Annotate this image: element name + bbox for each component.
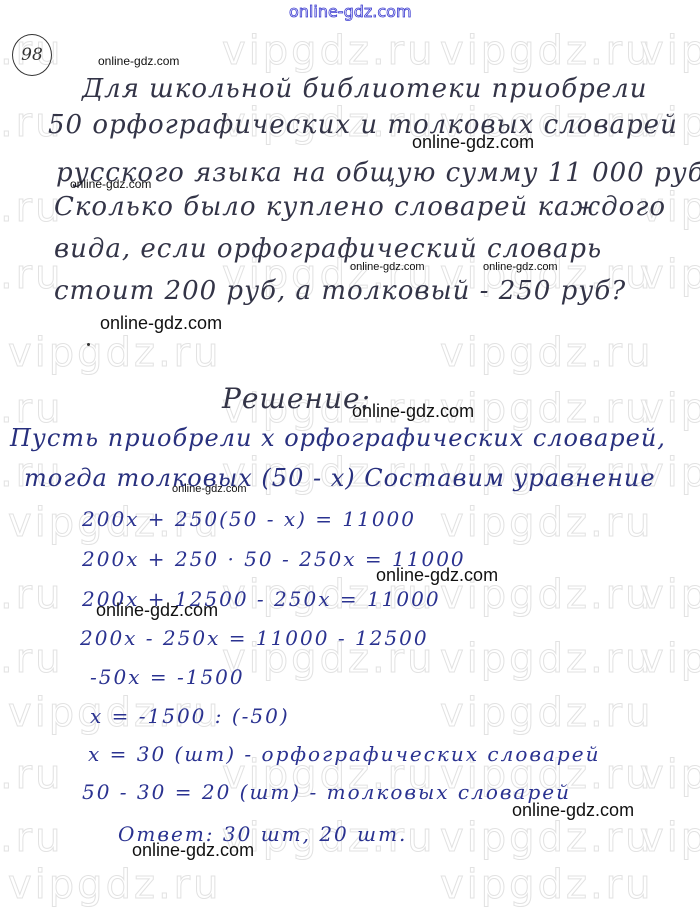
problem-line: Сколько было куплено словарей каждого: [54, 192, 666, 222]
vip-watermark: vipgdz.ru: [640, 572, 700, 618]
vip-watermark: vipgdz.ru: [0, 636, 63, 682]
vip-watermark: vipgdz.ru: [0, 752, 63, 798]
equation-step: x = -1500 : (-50): [90, 704, 290, 728]
vip-watermark: vipgdz.ru: [0, 572, 63, 618]
vip-watermark: vipgdz.ru: [440, 690, 653, 736]
vip-watermark: vipgdz.ru: [640, 815, 700, 861]
site-watermark: online-gdz.com: [98, 54, 179, 68]
result-line: 50 - 30 = 20 (шт) - толковых словарей: [82, 780, 571, 804]
site-watermark: online-gdz.com: [412, 132, 534, 153]
equation-step: 200x - 250x = 11000 - 12500: [80, 626, 429, 650]
vip-watermark: vipgdz.ru: [440, 500, 653, 546]
site-watermark: online-gdz.com: [483, 261, 558, 273]
vip-watermark: vipgdz.ru: [640, 28, 700, 74]
site-watermark: online-gdz.com: [350, 261, 425, 273]
site-watermark: online-gdz.com: [376, 565, 498, 586]
site-watermark: online-gdz.com: [96, 600, 218, 621]
vip-watermark: vipgdz.ru: [440, 862, 653, 908]
vip-watermark: vipgdz.ru: [222, 28, 435, 74]
vip-watermark: vipgdz.ru: [440, 330, 653, 376]
vip-watermark: vipgdz.ru: [8, 862, 221, 908]
vip-watermark: vipgdz.ru: [640, 636, 700, 682]
vip-watermark: vipgdz.ru: [0, 815, 63, 861]
task-number-badge: 98: [12, 34, 52, 76]
problem-line: русского языка на общую сумму 11 000 руб: [56, 158, 700, 188]
site-watermark: online-gdz.com: [172, 483, 247, 495]
site-watermark: online-gdz.com: [132, 840, 254, 861]
solution-heading: Решение:: [222, 382, 371, 415]
vip-watermark: vipgdz.ru: [8, 330, 221, 376]
vip-watermark: vipgdz.ru: [440, 815, 653, 861]
equation-step: -50x = -1500: [90, 665, 245, 689]
solution-intro-line: Пусть приобрели x орфографических словар…: [10, 424, 666, 452]
site-watermark: online-gdz.com: [70, 177, 151, 191]
problem-line: 50 орфографических и толковых словарей: [48, 110, 678, 140]
vip-watermark: vipgdz.ru: [640, 752, 700, 798]
vip-watermark: vipgdz.ru: [440, 28, 653, 74]
solution-intro-line: тогда толковых (50 - x) Составим уравнен…: [24, 464, 656, 492]
problem-line: вида, если орфографический словарь: [54, 234, 602, 264]
top-watermark: online-gdz.com: [289, 2, 412, 21]
vip-watermark: vipgdz.ru: [440, 636, 653, 682]
site-watermark: online-gdz.com: [100, 313, 222, 334]
site-watermark: online-gdz.com: [352, 401, 474, 422]
vip-watermark: vipgdz.ru: [640, 252, 700, 298]
result-line: x = 30 (шт) - орфографических словарей: [88, 742, 600, 766]
problem-line: Для школьной библиотеки приобрели: [82, 74, 647, 104]
site-watermark: online-gdz.com: [512, 800, 634, 821]
problem-line: стоит 200 руб, а толковый - 250 руб?: [54, 276, 626, 306]
ink-dot: [87, 343, 90, 346]
equation-step: 200x + 250(50 - x) = 11000: [82, 507, 416, 531]
